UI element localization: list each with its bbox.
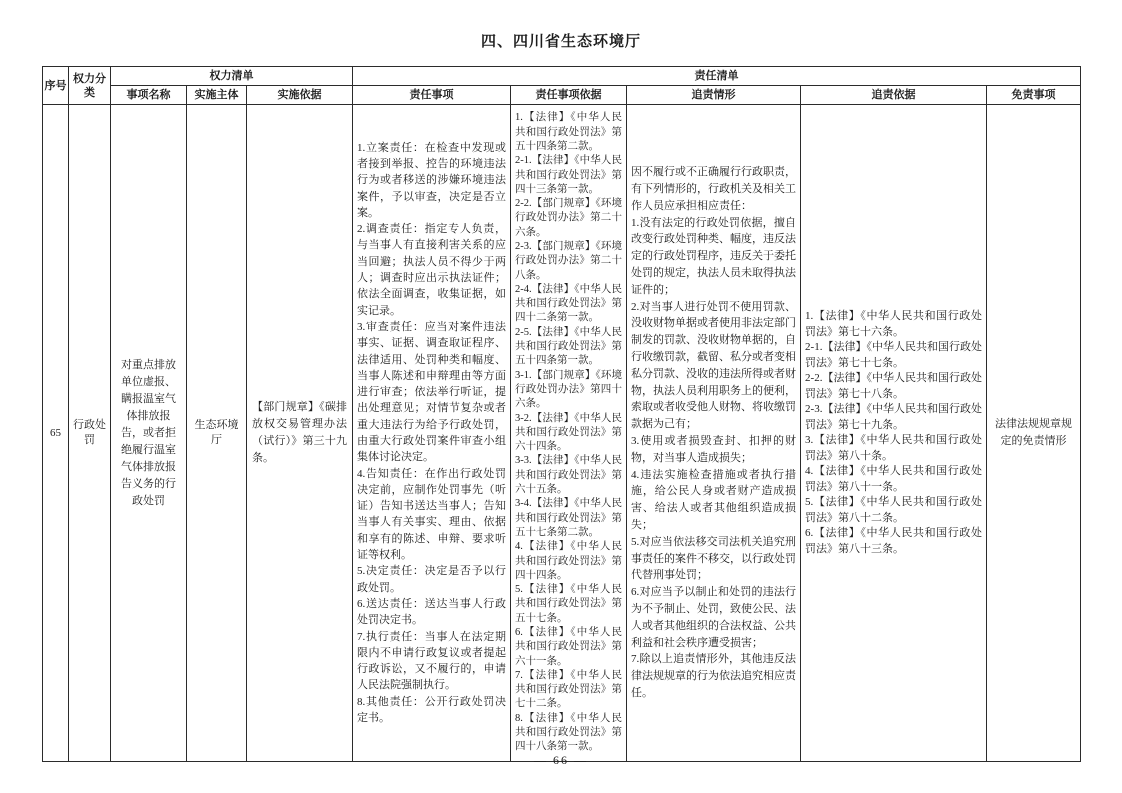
cell-exemption-items: 法律法规规章规定的免责情形 xyxy=(987,105,1081,762)
col-header-serial: 序号 xyxy=(43,67,69,105)
cell-serial-number: 65 xyxy=(43,105,69,762)
page-number: — 66 — xyxy=(0,753,1122,768)
col-header-responsibility-list: 责任清单 xyxy=(353,67,1081,86)
cell-responsibility-items: 1.立案责任：在检查中发现或者接到举报、控告的环境违法行为或者移送的涉嫌环境违法… xyxy=(353,105,511,762)
cell-implementing-body: 生态环境厅 xyxy=(187,105,247,762)
col-header-responsibility-items: 责任事项 xyxy=(353,86,511,105)
col-header-accountability-basis: 追责依据 xyxy=(801,86,987,105)
power-responsibility-table: 序号 权力分类 权力清单 责任清单 事项名称 实施主体 实施依据 责任事项 责任… xyxy=(42,66,1081,762)
header-row-2: 事项名称 实施主体 实施依据 责任事项 责任事项依据 追责情形 追责依据 免责事… xyxy=(43,86,1081,105)
col-header-accountability-situations: 追责情形 xyxy=(627,86,801,105)
col-header-implementation-basis: 实施依据 xyxy=(247,86,353,105)
cell-accountability-basis: 1.【法律】《中华人民共和国行政处罚法》第七十六条。 2-1.【法律】《中华人民… xyxy=(801,105,987,762)
document-page: 四、四川省生态环境厅 序号 权力分类 权力清单 责任清单 事项名称 实施主体 xyxy=(0,0,1122,793)
col-header-responsibility-basis: 责任事项依据 xyxy=(511,86,627,105)
cell-implementation-basis: 【部门规章】《碳排放权交易管理办法（试行）》第三十九条。 xyxy=(247,105,353,762)
table-body: 65 行政处罚 对重点排放单位虚报、瞒报温室气体排放报告，或者拒绝履行温室气体排… xyxy=(43,105,1081,762)
col-header-item-name: 事项名称 xyxy=(111,86,187,105)
col-header-power-list: 权力清单 xyxy=(111,67,353,86)
table-row: 65 行政处罚 对重点排放单位虚报、瞒报温室气体排放报告，或者拒绝履行温室气体排… xyxy=(43,105,1081,762)
col-header-power-category: 权力分类 xyxy=(69,67,111,105)
cell-power-category: 行政处罚 xyxy=(69,105,111,762)
col-header-implementing-body: 实施主体 xyxy=(187,86,247,105)
cell-accountability-situations: 因不履行或不正确履行行政职责，有下列情形的，行政机关及相关工作人员应承担相应责任… xyxy=(627,105,801,762)
header-row-1: 序号 权力分类 权力清单 责任清单 xyxy=(43,67,1081,86)
cell-responsibility-basis: 1.【法律】《中华人民共和国行政处罚法》第五十四条第二款。 2-1.【法律】《中… xyxy=(511,105,627,762)
page-title: 四、四川省生态环境厅 xyxy=(0,30,1122,51)
table-header: 序号 权力分类 权力清单 责任清单 事项名称 实施主体 实施依据 责任事项 责任… xyxy=(43,67,1081,105)
col-header-exemption-items: 免责事项 xyxy=(987,86,1081,105)
cell-item-name: 对重点排放单位虚报、瞒报温室气体排放报告，或者拒绝履行温室气体排放报告义务的行政… xyxy=(111,105,187,762)
